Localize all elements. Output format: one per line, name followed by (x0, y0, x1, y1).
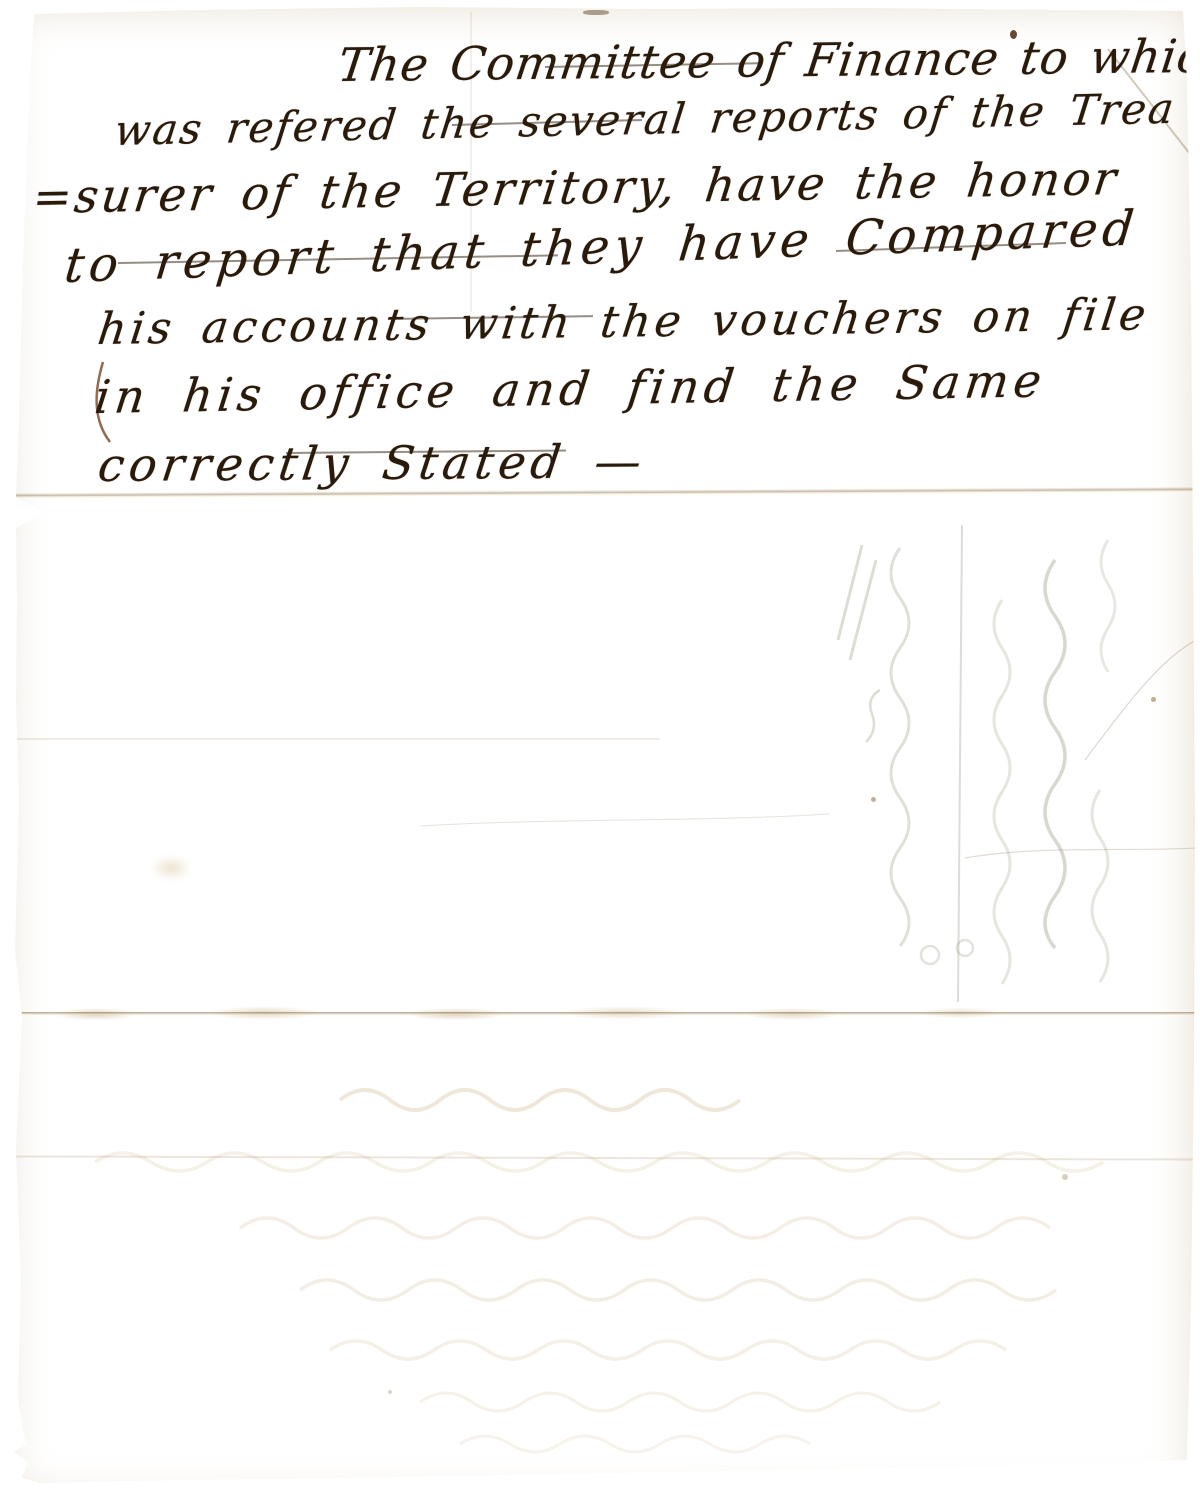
manuscript-line-1: The Committee of Finance to which (335, 29, 1200, 92)
scanner-background: The Committee of Finance to which was re… (0, 0, 1200, 1506)
stain-speck (871, 797, 876, 802)
stain-speck (1062, 1174, 1068, 1180)
stain-speck (388, 1390, 392, 1394)
manuscript-page: The Committee of Finance to which was re… (0, 0, 1200, 1506)
ink-speck (583, 10, 609, 15)
paper-smudge (150, 855, 192, 881)
stain-speck (1151, 697, 1156, 702)
manuscript-line-7: correctly Stated — (95, 434, 650, 492)
ink-speck (1010, 30, 1017, 39)
